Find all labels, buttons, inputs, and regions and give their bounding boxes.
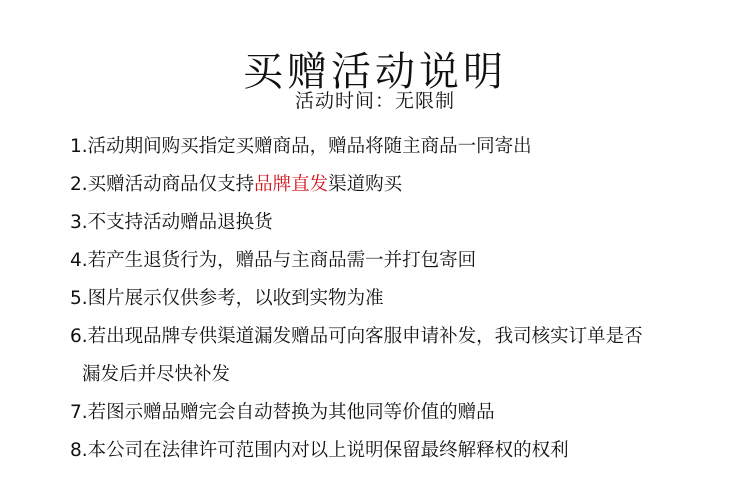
rule-item: 4.若产生退货行为，赠品与主商品需一并打包寄回 <box>70 242 730 280</box>
rule-item-continuation: 漏发后并尽快补发 <box>70 356 730 394</box>
rules-list: 1.活动期间购买指定买赠商品，赠品将随主商品一同寄出 2.买赠活动商品仅支持品牌… <box>70 128 730 470</box>
rule-text: 渠道购买 <box>328 174 402 195</box>
rule-item: 2.买赠活动商品仅支持品牌直发渠道购买 <box>70 166 730 204</box>
rule-item: 7.若图示赠品赠完会自动替换为其他同等价值的赠品 <box>70 394 730 432</box>
rule-item: 1.活动期间购买指定买赠商品，赠品将随主商品一同寄出 <box>70 128 730 166</box>
rule-item: 8.本公司在法律许可范围内对以上说明保留最终解释权的权利 <box>70 432 730 470</box>
rule-item: 6.若出现品牌专供渠道漏发赠品可向客服申请补发，我司核实订单是否 <box>70 318 730 356</box>
rule-item: 5.图片展示仅供参考，以收到实物为准 <box>70 280 730 318</box>
highlight-text: 品牌直发 <box>254 174 328 195</box>
rule-item: 3.不支持活动赠品退换货 <box>70 204 730 242</box>
rule-text: 2.买赠活动商品仅支持 <box>70 174 254 195</box>
activity-period: 活动时间：无限制 <box>0 88 750 114</box>
